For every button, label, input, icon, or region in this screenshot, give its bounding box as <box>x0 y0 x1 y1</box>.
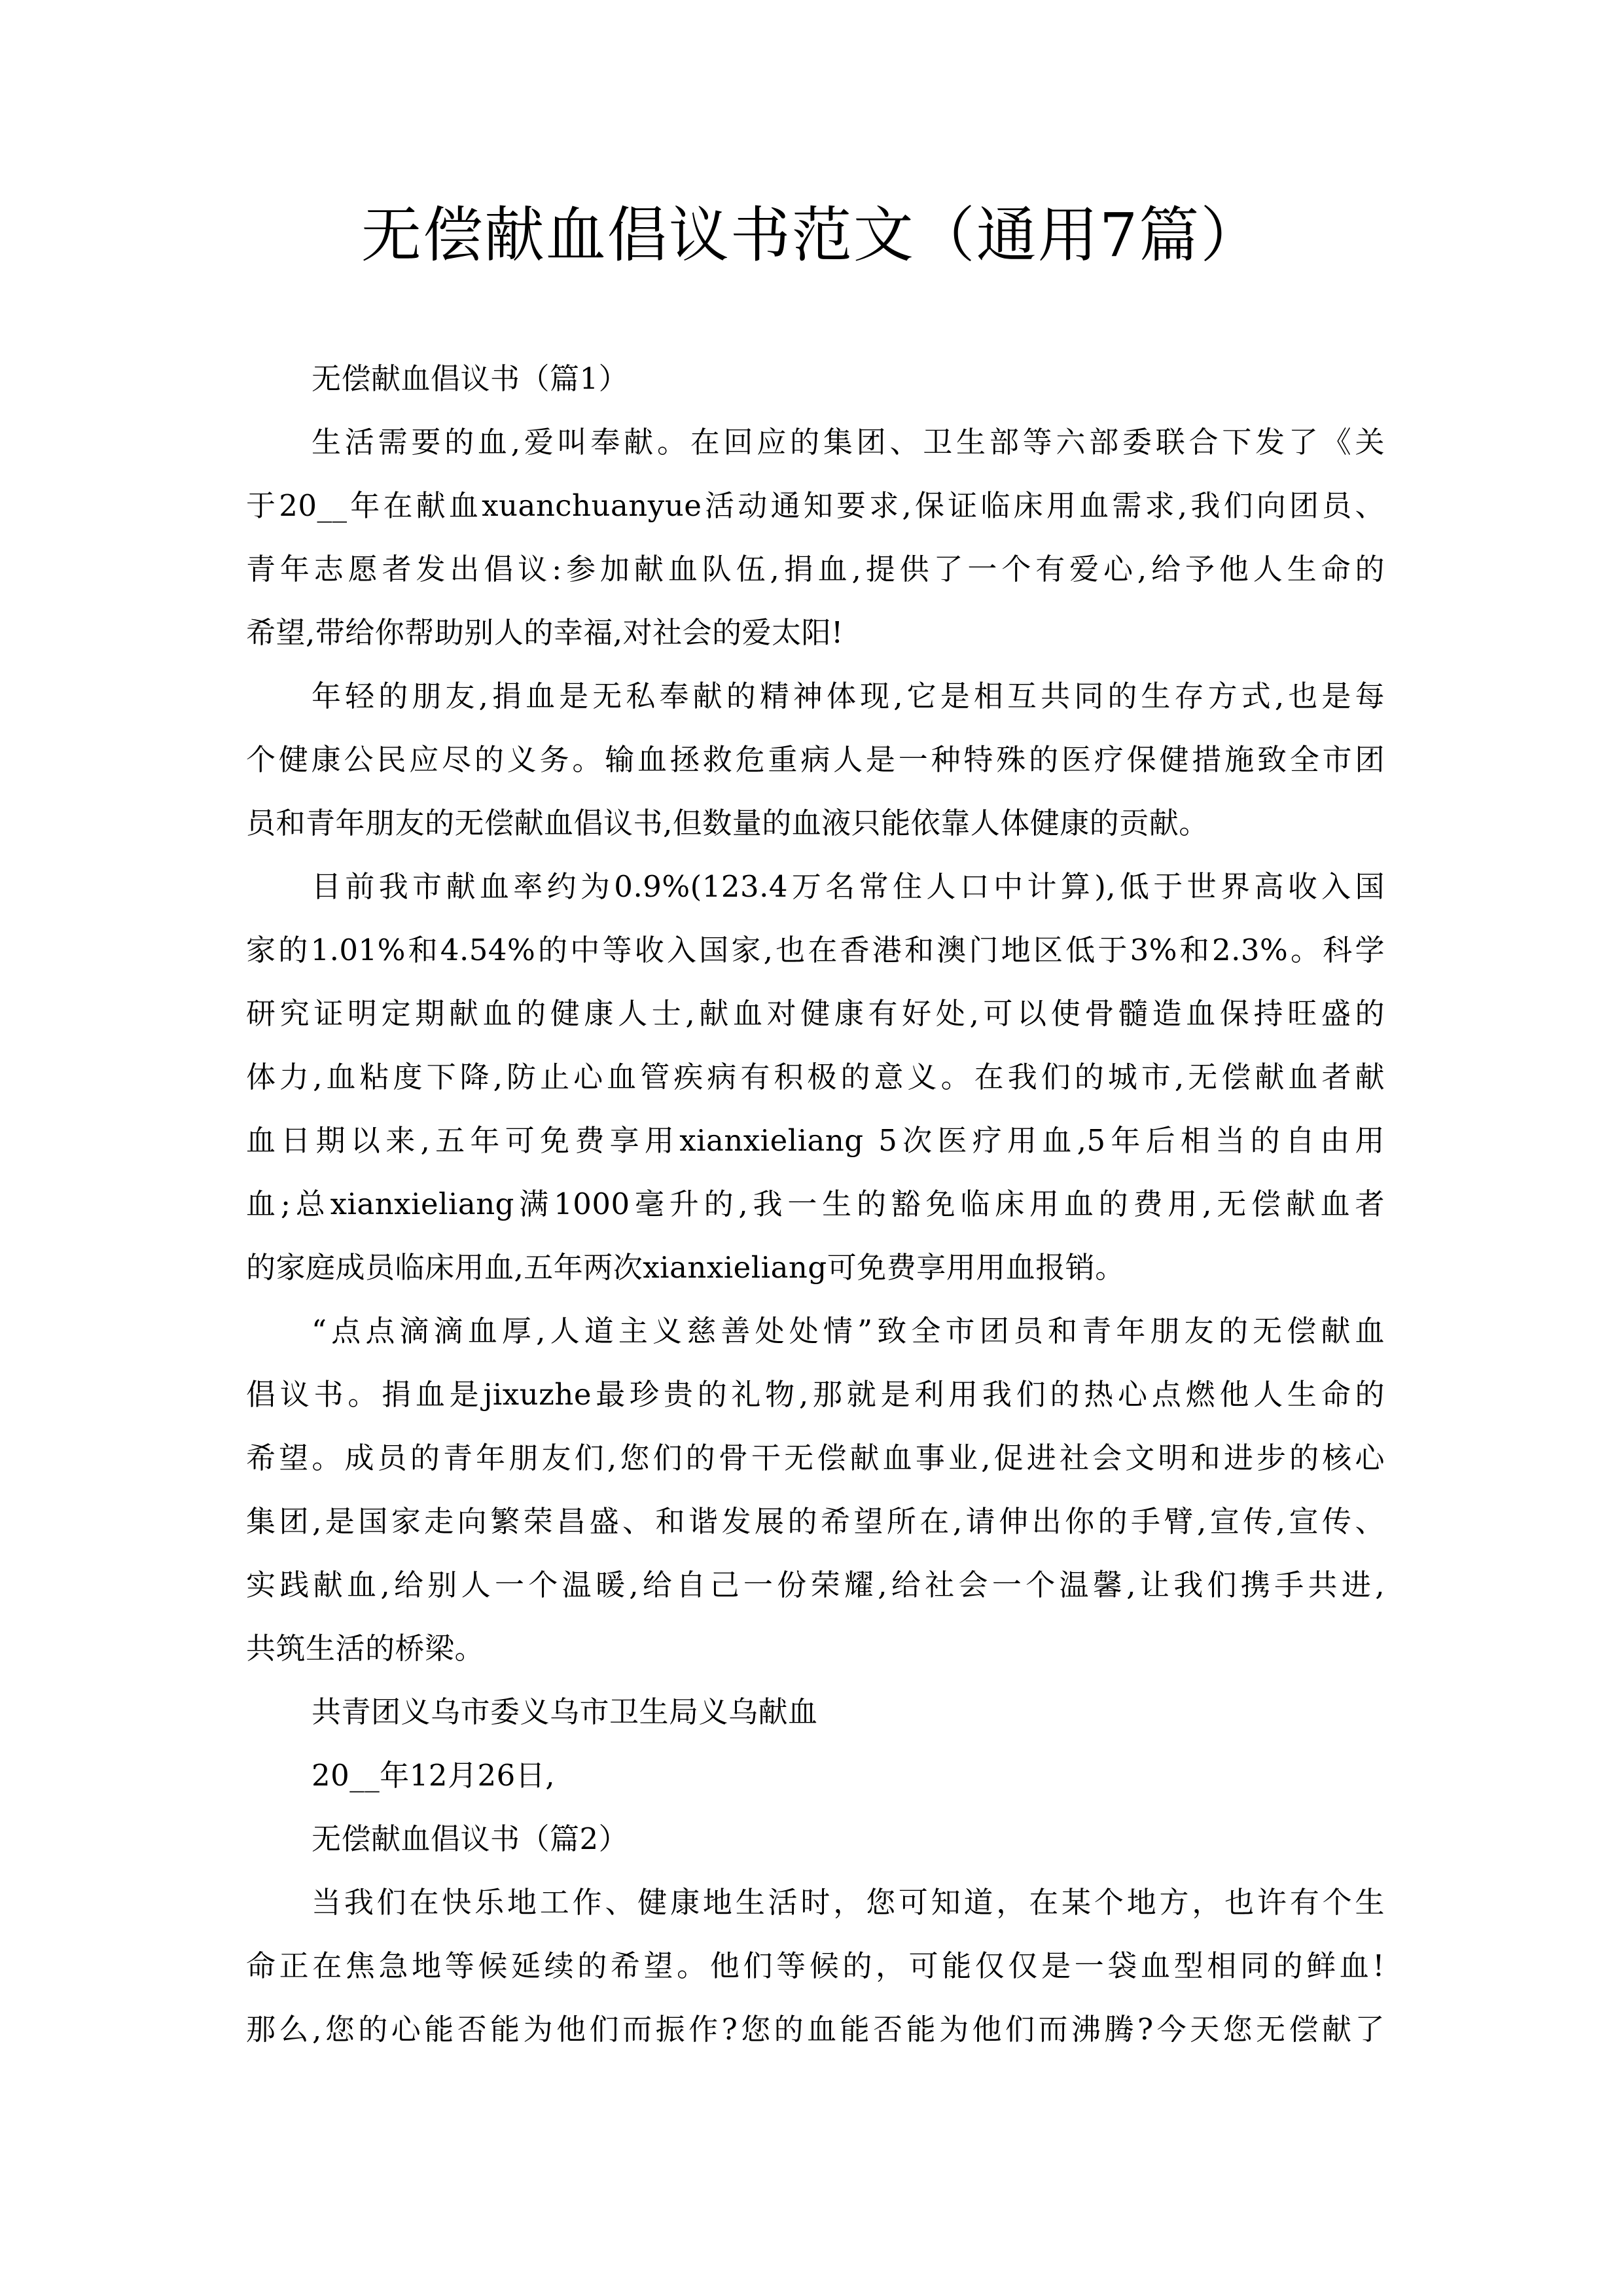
paragraph-line: 命正在焦急地等候延续的希望。他们等候的，可能仅仅是一袋血型相同的鲜血! <box>246 1934 1385 1998</box>
paragraph-line: 那么,您的心能否能为他们而振作?您的血能否能为他们而沸腾?今天您无偿献了 <box>246 1998 1385 2061</box>
paragraph-line: 研究证明定期献血的健康人士,献血对健康有好处,可以使骨髓造血保持旺盛的 <box>246 982 1385 1045</box>
paragraph-line: “点点滴滴血厚,人道主义慈善处处情”致全市团员和青年朋友的无偿献血 <box>246 1299 1385 1363</box>
paragraph-line: 实践献血,给别人一个温暖,给自己一份荣耀,给社会一个温馨,让我们携手共进, <box>246 1553 1385 1617</box>
document-body: 无偿献血倡议书（篇1） 生活需要的血,爱叫奉献。在回应的集团、卫生部等六部委联合… <box>246 347 1385 2061</box>
paragraph-line: 希望,带给你帮助别人的幸福,对社会的爱太阳! <box>246 601 1385 664</box>
paragraph-line: 倡议书。捐血是jixuzhe最珍贵的礼物,那就是利用我们的热心点燃他人生命的 <box>246 1363 1385 1426</box>
paragraph-line: 当我们在快乐地工作、健康地生活时，您可知道，在某个地方，也许有个生 <box>246 1871 1385 1934</box>
paragraph-line: 青年志愿者发出倡议:参加献血队伍,捐血,提供了一个有爱心,给予他人生命的 <box>246 537 1385 601</box>
signature-organization: 共青团义乌市委义乌市卫生局义乌献血 <box>246 1680 1385 1744</box>
paragraph-line: 集团,是国家走向繁荣昌盛、和谐发展的希望所在,请伸出你的手臂,宣传,宣传、 <box>246 1490 1385 1553</box>
paragraph-line: 家的1.01%和4.54%的中等收入国家,也在香港和澳门地区低于3%和2.3%。… <box>246 918 1385 982</box>
paragraph-line: 个健康公民应尽的义务。输血拯救危重病人是一种特殊的医疗保健措施致全市团 <box>246 728 1385 791</box>
paragraph-line: 生活需要的血,爱叫奉献。在回应的集团、卫生部等六部委联合下发了《关 <box>246 410 1385 474</box>
document-page: 无偿献血倡议书范文（通用7篇） 无偿献血倡议书（篇1） 生活需要的血,爱叫奉献。… <box>0 0 1623 2296</box>
paragraph-line: 共筑生活的桥梁。 <box>246 1617 1385 1680</box>
paragraph-line: 体力,血粘度下降,防止心血管疾病有积极的意义。在我们的城市,无偿献血者献 <box>246 1045 1385 1109</box>
document-title: 无偿献血倡议书范文（通用7篇） <box>0 196 1623 275</box>
paragraph-line: 年轻的朋友,捐血是无私奉献的精神体现,它是相互共同的生存方式,也是每 <box>246 664 1385 728</box>
signature-date: 20__年12月26日, <box>246 1744 1385 1807</box>
paragraph-line: 于20__年在献血xuanchuanyue活动通知要求,保证临床用血需求,我们向… <box>246 474 1385 537</box>
paragraph-line: 员和青年朋友的无偿献血倡议书,但数量的血液只能依靠人体健康的贡献。 <box>246 791 1385 855</box>
paragraph-line: 血;总xianxieliang满1000毫升的,我一生的豁免临床用血的费用,无偿… <box>246 1172 1385 1236</box>
paragraph-line: 的家庭成员临床用血,五年两次xianxieliang可免费享用用血报销。 <box>246 1236 1385 1299</box>
paragraph-line: 目前我市献血率约为0.9%(123.4万名常住人口中计算),低于世界高收入国 <box>246 855 1385 918</box>
section-heading-1: 无偿献血倡议书（篇1） <box>246 347 1385 410</box>
section-heading-2: 无偿献血倡议书（篇2） <box>246 1807 1385 1871</box>
paragraph-line: 血日期以来,五年可免费享用xianxieliang 5次医疗用血,5年后相当的自… <box>246 1109 1385 1172</box>
paragraph-line: 希望。成员的青年朋友们,您们的骨干无偿献血事业,促进社会文明和进步的核心 <box>246 1426 1385 1490</box>
